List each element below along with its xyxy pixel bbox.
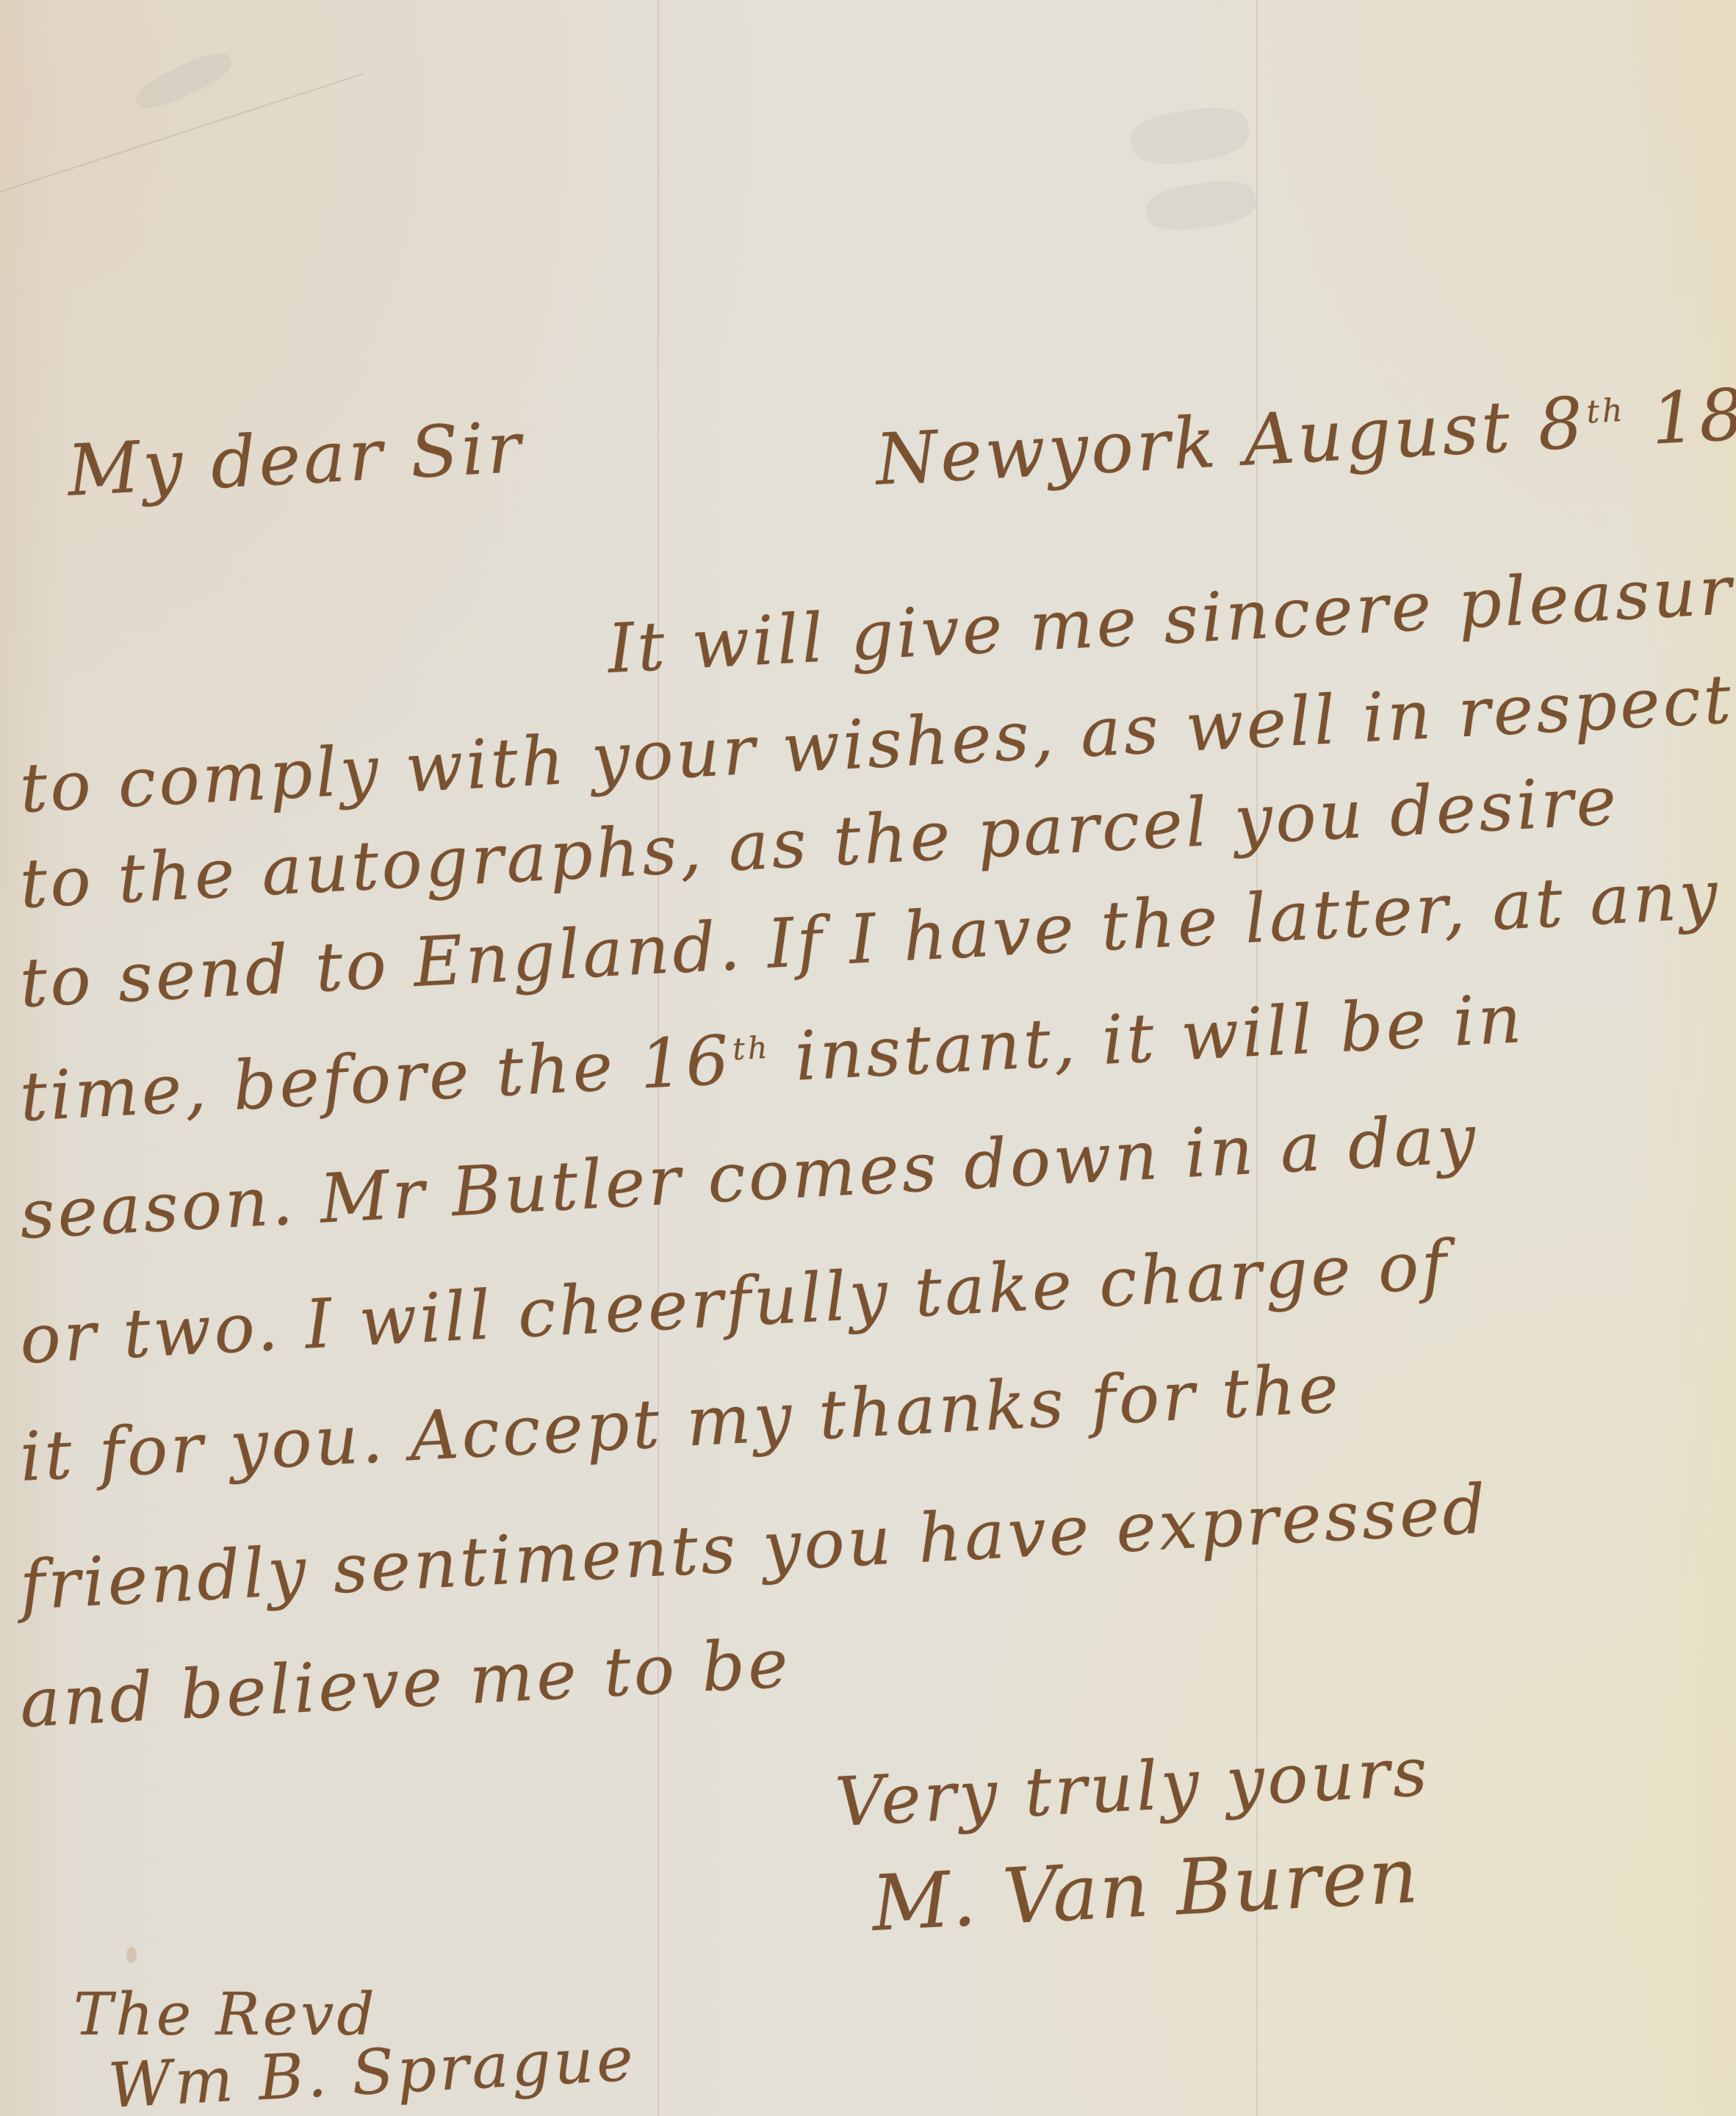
letter-sheet: My dear Sir Newyork August 8th 1831 It w… (0, 0, 1736, 2116)
dateline-month: August (1242, 386, 1515, 482)
signature: M. Van Buren (870, 1830, 1422, 1948)
dateline: Newyork August 8th 1831 (874, 368, 1736, 501)
faint-pencil-notation (1128, 102, 1252, 170)
body-line: It will give me sincere pleasure (605, 549, 1736, 688)
dateline-day-suffix: th (1585, 392, 1627, 431)
faint-pencil-notation (131, 46, 237, 115)
body-line: friendly sentiments you have expressed (18, 1469, 1490, 1625)
body-line: it for you. Accept my thanks for the (18, 1349, 1343, 1497)
dateline-place: Newyork (874, 401, 1220, 501)
ink-stain (126, 1947, 137, 1963)
body-line-part: instant, it will be in (768, 979, 1526, 1098)
faint-pencil-notation (1144, 176, 1259, 235)
body-line: and believe me to be (18, 1624, 793, 1743)
salutation: My dear Sir (65, 406, 525, 512)
ordinal-suffix: th (732, 1030, 771, 1068)
dateline-day: 8 (1535, 382, 1588, 467)
closing: Very truly yours (833, 1732, 1432, 1842)
dateline-year: 1831 (1649, 368, 1736, 460)
body-line-part: time, before the 16 (18, 1021, 733, 1137)
